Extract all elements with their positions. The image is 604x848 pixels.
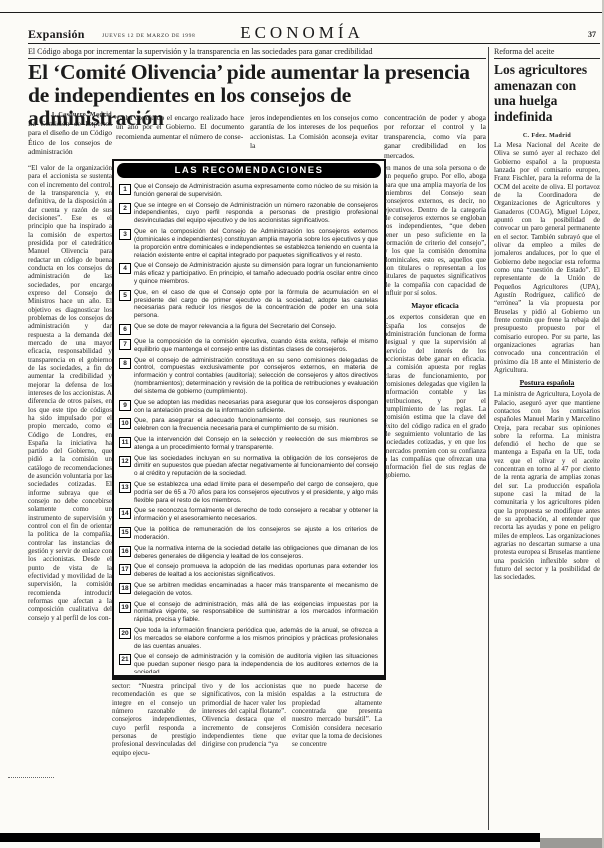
- recommendation-number: 19: [119, 602, 131, 613]
- recommendation-text: Que, en el caso de que el Consejo opte p…: [134, 289, 378, 320]
- recommendation-item: 1Que el Consejo de Administración asuma …: [119, 183, 378, 199]
- recommendation-number: 8: [119, 358, 131, 369]
- standfirst-text-2: ya ha concluido el encargo realizado hac…: [116, 113, 244, 159]
- side-kicker: Reforma del aceite: [494, 47, 600, 59]
- recommendation-number: 7: [119, 339, 131, 350]
- recommendation-number: 1: [119, 184, 131, 195]
- body-bottom-col1: sector: “Nuestra principal recomendación…: [112, 682, 196, 762]
- main-byline: J. Casquero. Madrid: [28, 112, 112, 118]
- recommendation-item: 6Que se dote de mayor relevancia a la fi…: [119, 323, 378, 335]
- standfirst-text-4: concentración de poder y aboga por refor…: [384, 113, 486, 159]
- recommendation-item: 9Que se adopten las medidas necesarias p…: [119, 399, 378, 415]
- body-column-4: en manos de una sola persona o de un peq…: [384, 164, 486, 762]
- body-column-4-bottom: Los expertos consideran que en España lo…: [384, 313, 486, 480]
- top-rule: [0, 12, 604, 13]
- standfirst-text-1: La Comisión de Expertos para el diseño d…: [28, 119, 112, 157]
- recommendation-item: 21Que el consejo de administración y la …: [119, 653, 378, 673]
- recommendations-title: LAS RECOMENDACIONES: [117, 163, 381, 178]
- recommendation-text: Que en la composición del Consejo de Adm…: [134, 228, 378, 259]
- recommendation-number: 18: [119, 583, 131, 594]
- recommendation-item: 13Que se establezca una edad límite para…: [119, 481, 378, 504]
- recommendation-number: 15: [119, 527, 131, 538]
- recommendation-text: Que la composición de la comisión ejecut…: [134, 338, 378, 354]
- side-byline: C. Fdez. Madrid: [494, 133, 600, 139]
- recommendation-text: Que toda la información financiera perió…: [134, 627, 378, 650]
- recommendation-item: 18Que se arbitren medidas encaminadas a …: [119, 582, 378, 598]
- recommendation-number: 14: [119, 508, 131, 519]
- recommendation-text: Que se dote de mayor relevancia a la fig…: [134, 323, 378, 335]
- recommendation-number: 6: [119, 324, 131, 335]
- recommendation-text: Que se arbitren medidas encaminadas a ha…: [134, 582, 378, 598]
- side-body-1: La Mesa Nacional del Aceite de Oliva se …: [494, 141, 600, 374]
- credit-line: [8, 777, 54, 779]
- recommendation-item: 17Que el consejo promueva la adopción de…: [119, 563, 378, 579]
- recommendation-text: Que se establezca una edad límite para e…: [134, 481, 378, 504]
- recommendation-text: Que las sociedades incluyan en su normat…: [134, 455, 378, 478]
- scan-smudge: [540, 838, 604, 848]
- recommendation-item: 4Que el Consejo de Administración ajuste…: [119, 262, 378, 285]
- recommendation-number: 17: [119, 564, 131, 575]
- recommendation-number: 4: [119, 263, 131, 274]
- recommendation-item: 8Que el consejo de administración consti…: [119, 357, 378, 396]
- side-body-2: La ministra de Agricultura, Loyola de Pa…: [494, 390, 600, 582]
- recommendation-number: 13: [119, 482, 131, 493]
- recommendation-text: Que la política de remuneración de los c…: [134, 526, 378, 542]
- recommendation-number: 21: [119, 654, 131, 665]
- recommendation-number: 2: [119, 203, 131, 214]
- recommendation-text: Que se integre en el Consejo de Administ…: [134, 202, 378, 225]
- body-bottom-col2: tivo y de los accionistas significativos…: [202, 682, 286, 762]
- recommendation-text: Que la intervención del Consejo en la se…: [134, 436, 378, 452]
- recommendation-number: 20: [119, 628, 131, 639]
- recommendation-number: 11: [119, 437, 131, 448]
- side-body: La Mesa Nacional del Aceite de Oliva se …: [494, 141, 600, 830]
- recommendation-number: 9: [119, 400, 131, 411]
- main-subhead: Mayor eficacia: [384, 301, 486, 310]
- header-rule: [28, 43, 600, 44]
- recommendation-item: 16Que la normativa interna de la socieda…: [119, 545, 378, 561]
- recommendation-number: 10: [119, 418, 131, 429]
- recommendation-item: 10Que, para asegurar el adecuado funcion…: [119, 417, 378, 433]
- recommendation-item: 14Que se reconozca formalmente el derech…: [119, 507, 378, 523]
- body-bottom-col3: que no puede hacerse de espaldas a la es…: [292, 682, 382, 762]
- recommendation-item: 3Que en la composición del Consejo de Ad…: [119, 228, 378, 259]
- recommendation-text: Que el consejo de administración y la co…: [134, 653, 378, 673]
- standfirst-text-3: jeros independientes en los consejos com…: [250, 113, 378, 159]
- recommendations-list: 1Que el Consejo de Administración asuma …: [114, 180, 384, 673]
- recommendation-text: Que el Consejo de Administración asuma e…: [134, 183, 378, 199]
- recommendation-item: 5Que, en el caso de que el Consejo opte …: [119, 289, 378, 320]
- recommendation-number: 5: [119, 290, 131, 301]
- recommendation-item: 19Que el consejo de administración, más …: [119, 601, 378, 624]
- recommendation-text: Que se reconozca formalmente el derecho …: [134, 507, 378, 523]
- recommendation-item: 15Que la política de remuneración de los…: [119, 526, 378, 542]
- body-column-1: “El valor de la organización para el acc…: [28, 164, 112, 830]
- body-column-4-top: en manos de una sola persona o de un peq…: [384, 164, 486, 297]
- column-divider: [488, 47, 489, 830]
- recommendation-item: 7Que la composición de la comisión ejecu…: [119, 338, 378, 354]
- recommendation-text: Que el Consejo de Administración ajuste …: [134, 262, 378, 285]
- section-title: ECONOMÍA: [0, 23, 604, 43]
- recommendation-text: Que, para asegurar el adecuado funcionam…: [134, 417, 378, 433]
- recommendation-item: 2Que se integre en el Consejo de Adminis…: [119, 202, 378, 225]
- page-number: 37: [588, 30, 596, 39]
- recommendation-item: 20Que toda la información financiera per…: [119, 627, 378, 650]
- newspaper-page: Expansión JUEVES 12 DE MARZO DE 1998 ECO…: [0, 0, 604, 848]
- recommendation-number: 16: [119, 546, 131, 557]
- recommendation-text: Que la normativa interna de la sociedad …: [134, 545, 378, 561]
- recommendation-text: Que se adopten las medidas necesarias pa…: [134, 399, 378, 415]
- recommendation-text: Que el consejo promueva la adopción de l…: [134, 563, 378, 579]
- side-subhead: Postura española: [494, 378, 600, 387]
- main-kicker: El Código aboga por incrementar la super…: [28, 47, 486, 59]
- recommendation-text: Que el consejo de administración constit…: [134, 357, 378, 396]
- side-headline: Los agricultores amenazan con una huelga…: [494, 62, 600, 125]
- bottom-black-bar: [0, 833, 540, 842]
- recommendation-item: 12Que las sociedades incluyan en su norm…: [119, 455, 378, 478]
- recommendations-box: LAS RECOMENDACIONES 1Que el Consejo de A…: [112, 159, 386, 680]
- standfirst-col1: J. Casquero. Madrid La Comisión de Exper…: [28, 112, 112, 160]
- recommendation-item: 11Que la intervención del Consejo en la …: [119, 436, 378, 452]
- recommendation-number: 12: [119, 456, 131, 467]
- recommendation-text: Que el consejo de administración, más al…: [134, 601, 378, 624]
- recommendation-number: 3: [119, 229, 131, 240]
